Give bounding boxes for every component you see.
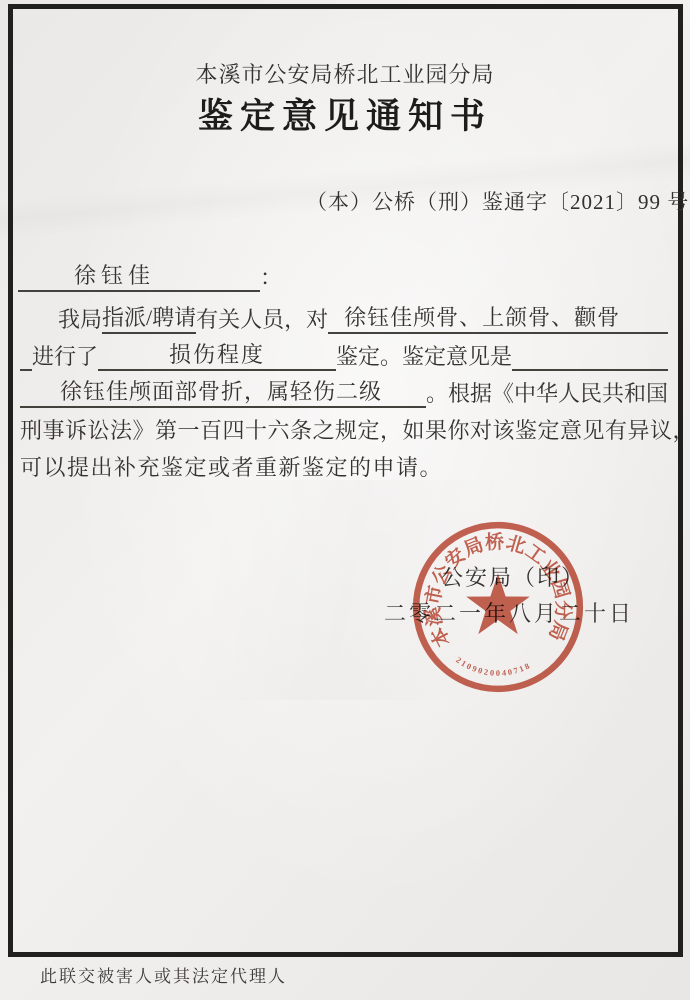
body-text: 。根据《中华人民共和国 (426, 377, 668, 408)
issuing-authority-name: 本溪市公安局桥北工业园分局 (0, 58, 690, 89)
body-line-4: 刑事诉讼法》第一百四十六条之规定，如果你对该鉴定意见有异议， (20, 414, 668, 445)
body-line-3: 徐钰佳颅面部骨折，属轻伤二级。根据《中华人民共和国 (20, 377, 668, 408)
blank-underline-continuation (20, 369, 32, 371)
body-line-2: 进行了损伤程度鉴定。鉴定意见是 (20, 340, 668, 371)
body-text: 我局 (58, 303, 102, 334)
blank-underline-trailing (512, 369, 668, 371)
addressee-colon: ： (260, 261, 282, 292)
body-text: 进行了 (32, 340, 98, 371)
body-text: 有关人员，对 (196, 303, 328, 334)
underlined-choice: 指派/聘请 (102, 304, 196, 334)
scanned-document-page: 本溪市公安局桥北工业园分局 鉴定意见通知书 （本）公桥（刑）鉴通字〔2021〕9… (0, 0, 690, 1000)
body-line-5: 可以提出补充鉴定或者重新鉴定的申请。 (20, 451, 668, 482)
document-reference-number: （本）公桥（刑）鉴通字〔2021〕99 号 (306, 186, 689, 216)
body-text: 鉴定。鉴定意见是 (336, 340, 512, 371)
seal-serial-number: 2109020040718 (454, 655, 533, 677)
seal-star-icon (466, 574, 530, 635)
addressee-name: 徐钰佳 (18, 262, 260, 292)
body-line-1: 我局指派/聘请有关人员，对徐钰佳颅骨、上颌骨、颧骨 (20, 303, 668, 334)
filled-blank-appraisal-type: 损伤程度 (98, 341, 336, 371)
filled-blank-subject: 徐钰佳颅骨、上颌骨、颧骨 (328, 304, 668, 334)
footer-distribution-note: 此联交被害人或其法定代理人 (40, 962, 287, 987)
addressee-line: 徐钰佳： (18, 261, 282, 292)
document-title: 鉴定意见通知书 (0, 89, 690, 139)
filled-blank-opinion: 徐钰佳颅面部骨折，属轻伤二级 (20, 378, 426, 408)
official-red-seal: 本溪市公安局桥北工业园分局 2109020040718 (405, 514, 591, 700)
